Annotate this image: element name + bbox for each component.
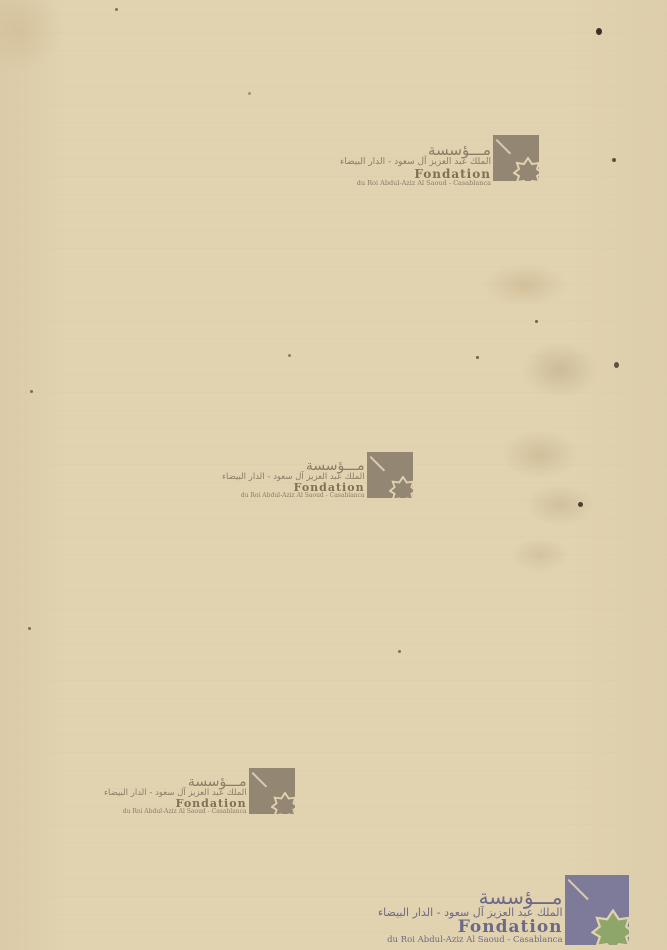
star-icon [591,909,629,945]
ink-speck [115,8,118,11]
foundation-logo [367,452,413,498]
foundation-watermark: مـــؤسسة الملك عبد العزيز آل سعود - الدا… [104,768,295,816]
foundation-watermark-colored: مـــؤسسة الملك عبد العزيز آل سعود - الدا… [378,875,629,945]
foundation-logo [249,768,295,814]
star-icon [271,792,295,814]
watermark-arabic-title: مـــؤسسة [428,143,491,158]
ink-speck [535,320,538,323]
ink-speck [30,390,33,393]
foundation-logo [493,135,539,181]
foundation-watermark: مـــؤسسة الملك عبد العزيز آل سعود - الدا… [340,135,539,187]
ink-speck [28,627,31,630]
ink-speck [476,356,479,359]
star-icon [389,476,413,498]
ink-speck [614,362,619,368]
watermark-french-subtitle: du Roi Abdul-Aziz Al Saoud - Casablanca [123,809,247,816]
star-icon [513,157,539,181]
watermark-french-subtitle: du Roi Abdul-Aziz Al Saoud - Casablanca [387,936,562,945]
watermark-arabic-title: مـــؤسسة [306,459,365,473]
foundation-watermark: مـــؤسسة الملك عبد العزيز آل سعود - الدا… [222,452,413,500]
blank-paper-page: مـــؤسسة الملك عبد العزيز آل سعود - الدا… [0,0,667,950]
watermark-french-subtitle: du Roi Abdul-Aziz Al Saoud - Casablanca [241,493,365,500]
ink-speck [596,28,602,35]
foundation-logo [565,875,629,945]
ink-speck [612,158,616,162]
ink-speck [578,502,583,507]
ink-speck [288,354,291,357]
ink-speck [398,650,401,653]
watermark-french-title: Fondation [458,919,563,936]
watermark-arabic-title: مـــؤسسة [479,887,563,907]
watermark-arabic-title: مـــؤسسة [188,775,247,789]
ink-speck [248,92,251,95]
watermark-french-subtitle: du Roi Abdul-Aziz Al Saoud - Casablanca [357,180,491,187]
